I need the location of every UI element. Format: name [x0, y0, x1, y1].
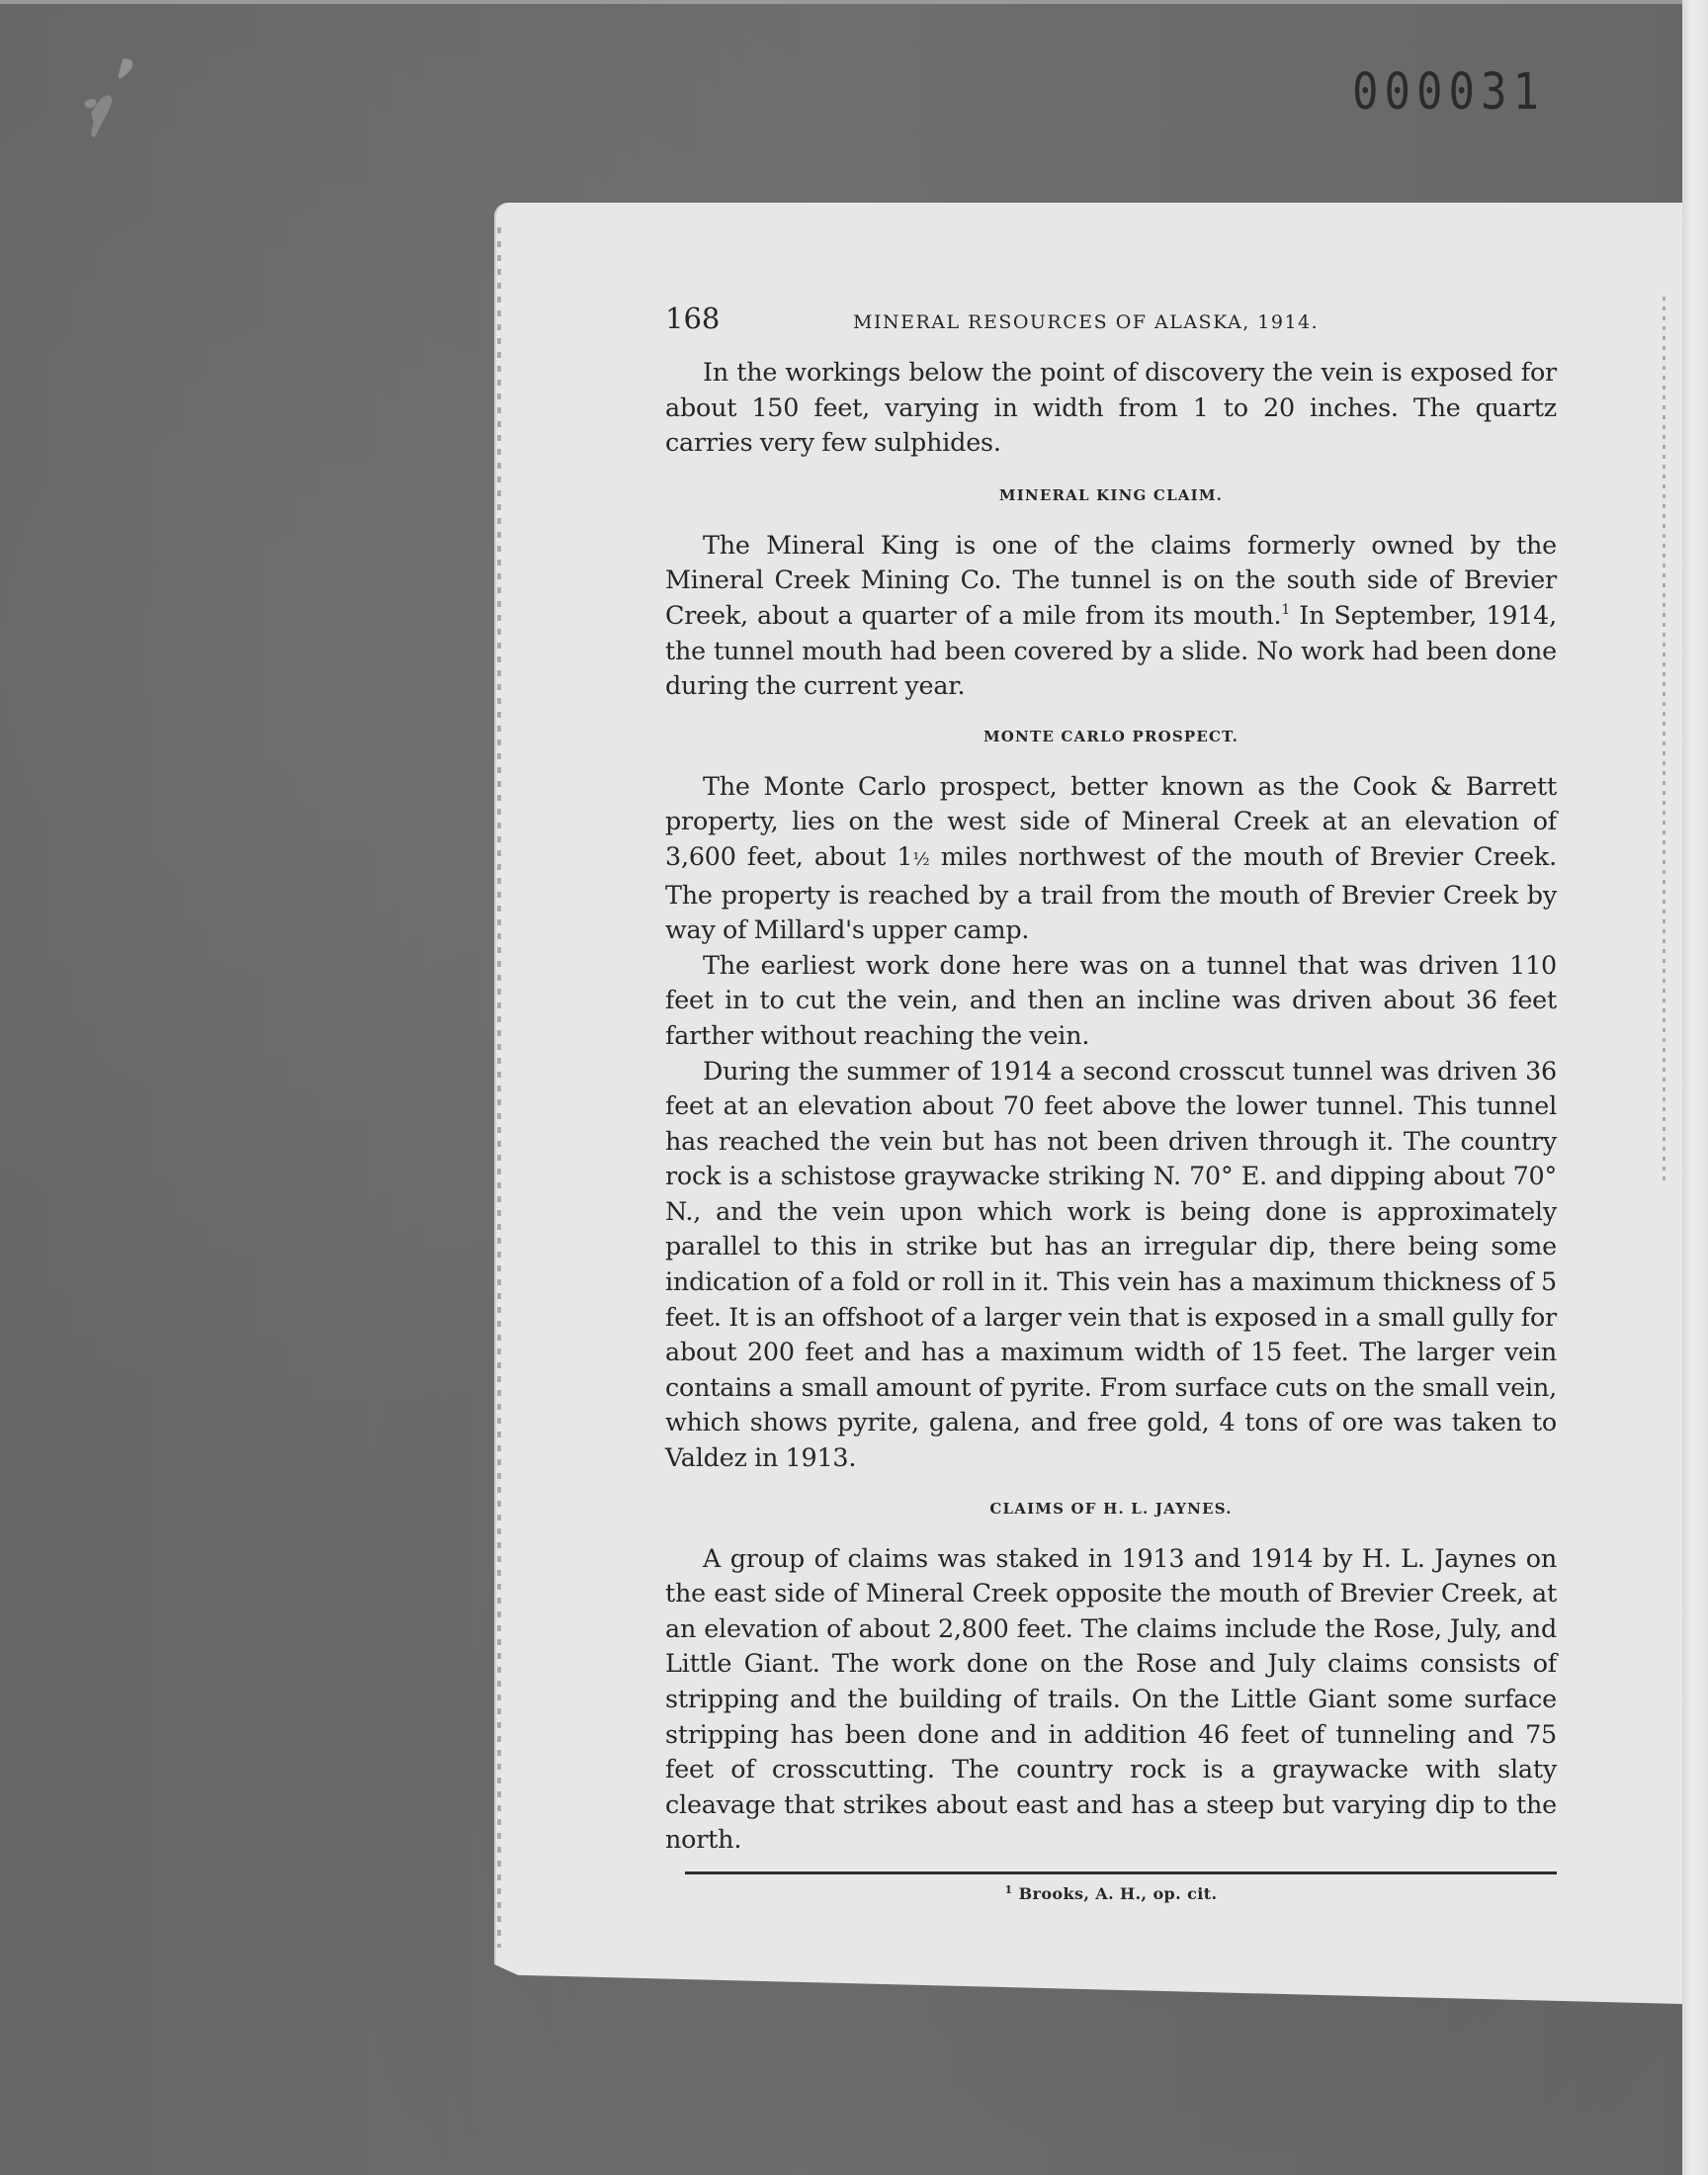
footnote: 1 Brooks, A. H., op. cit. [665, 1884, 1557, 1903]
footnote-text: Brooks, A. H., op. cit. [1019, 1884, 1218, 1903]
scan-right-edge [1682, 0, 1708, 2175]
section-heading-jaynes-claims: CLAIMS OF H. L. JAYNES. [665, 1500, 1557, 1518]
page-right-edge-marks [1663, 297, 1665, 1186]
scan-top-edge [0, 0, 1682, 4]
monte-carlo-paragraph-1: The Monte Carlo prospect, better known a… [665, 769, 1557, 948]
footnote-reference: 1 [1281, 602, 1290, 618]
jaynes-claims-paragraph: A group of claims was staked in 1913 and… [665, 1541, 1557, 1858]
page-left-edge-marks [497, 227, 501, 1948]
intro-paragraph: In the workings below the point of disco… [665, 355, 1557, 461]
page-content: 168 MINERAL RESOURCES OF ALASKA, 1914. I… [665, 302, 1557, 1903]
bates-stamp: 000031 [1352, 63, 1545, 122]
mineral-king-paragraph: The Mineral King is one of the claims fo… [665, 528, 1557, 704]
footnote-marker: 1 [1005, 1883, 1013, 1896]
running-title: MINERAL RESOURCES OF ALASKA, 1914. [853, 311, 1319, 333]
smudge-mark-icon [71, 54, 140, 143]
page-number: 168 [665, 302, 853, 335]
running-head: 168 MINERAL RESOURCES OF ALASKA, 1914. [665, 302, 1557, 341]
fraction-one-half: ½ [912, 849, 929, 870]
monte-carlo-paragraph-3: During the summer of 1914 a second cross… [665, 1054, 1557, 1476]
monte-carlo-paragraph-2: The earliest work done here was on a tun… [665, 948, 1557, 1054]
footnote-divider [685, 1871, 1557, 1874]
section-heading-mineral-king: MINERAL KING CLAIM. [665, 486, 1557, 504]
section-heading-monte-carlo: MONTE CARLO PROSPECT. [665, 728, 1557, 745]
